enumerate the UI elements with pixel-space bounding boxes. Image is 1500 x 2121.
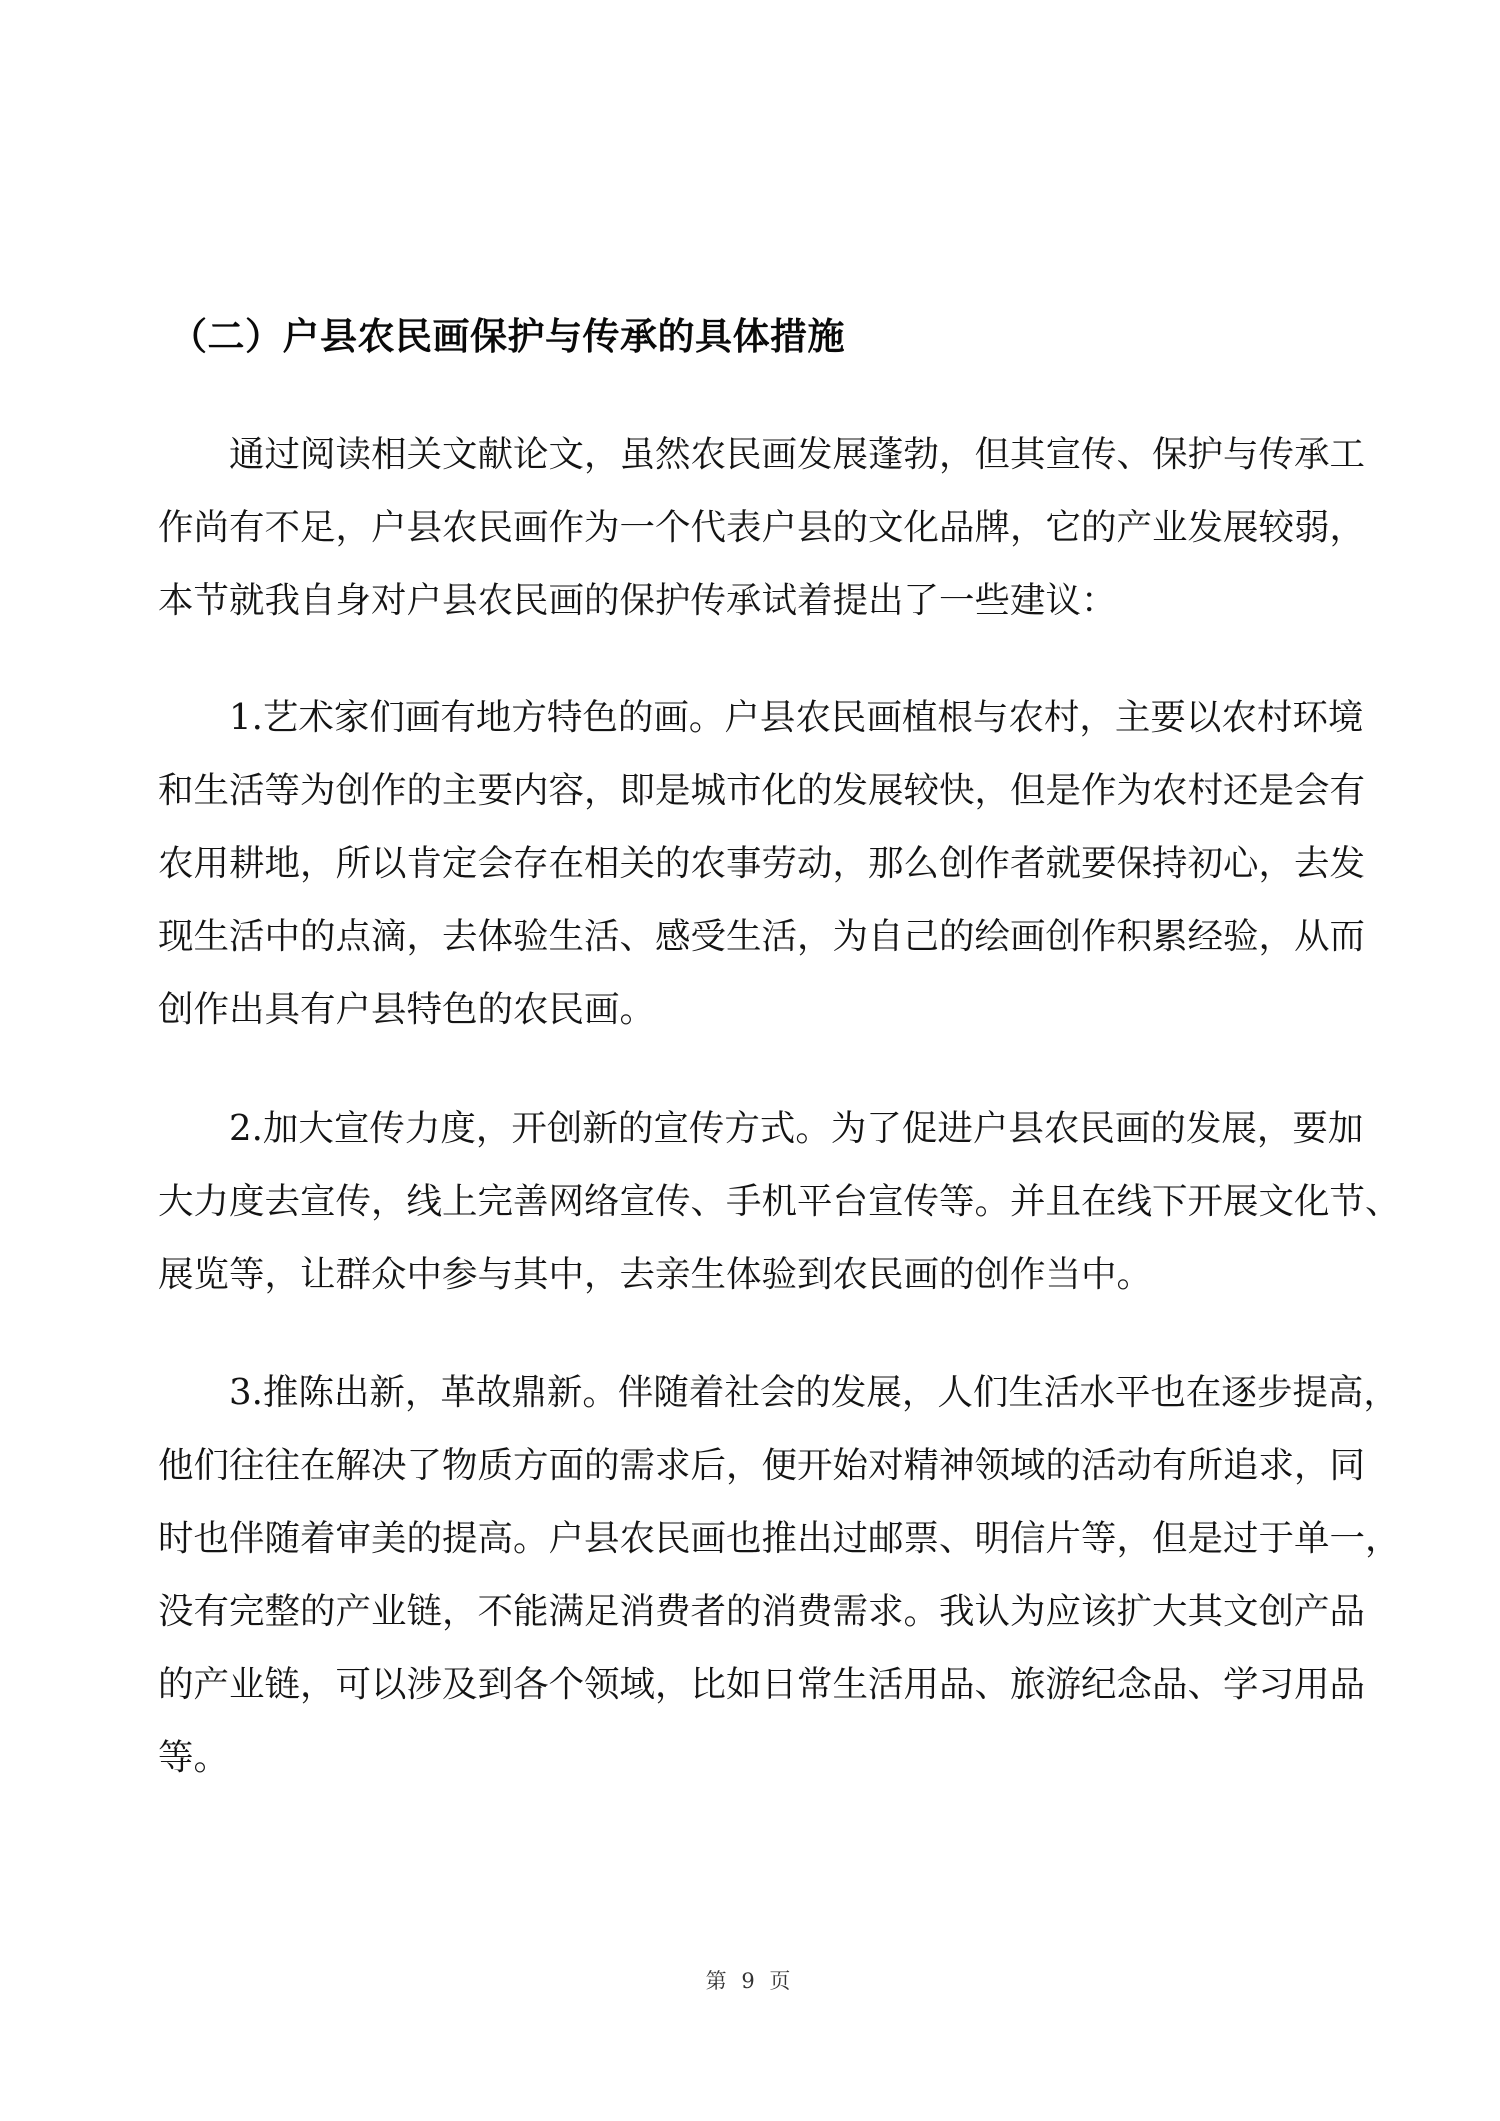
text-line: 3.推陈出新，革故鼎新。伴随着社会的发展，人们生活水平也在逐步提高， [158,1356,1342,1429]
text-line: 作尚有不足，户县农民画作为一个代表户县的文化品牌，它的产业发展较弱， [158,491,1342,564]
text-line: 农用耕地，所以肯定会存在相关的农事劳动，那么创作者就要保持初心，去发 [158,827,1342,900]
text-line: 没有完整的产业链，不能满足消费者的消费需求。我认为应该扩大其文创产品 [158,1575,1342,1648]
paragraph-measure-3: 3.推陈出新，革故鼎新。伴随着社会的发展，人们生活水平也在逐步提高， 他们往往在… [158,1356,1342,1794]
page-number: 第 9 页 [0,1965,1500,1995]
text-line: 创作出具有户县特色的农民画。 [158,973,1342,1046]
text-line: 和生活等为创作的主要内容，即是城市化的发展较快，但是作为农村还是会有 [158,754,1342,827]
text-line: 的产业链，可以涉及到各个领域，比如日常生活用品、旅游纪念品、学习用品 [158,1648,1342,1721]
text-line: 时也伴随着审美的提高。户县农民画也推出过邮票、明信片等，但是过于单一， [158,1502,1342,1575]
paragraph-intro: 通过阅读相关文献论文，虽然农民画发展蓬勃，但其宣传、保护与传承工 作尚有不足，户… [158,418,1342,637]
text-line: 他们往往在解决了物质方面的需求后，便开始对精神领域的活动有所追求，同 [158,1429,1342,1502]
text-line: 现生活中的点滴，去体验生活、感受生活，为自己的绘画创作积累经验，从而 [158,900,1342,973]
paragraph-measure-1: 1.艺术家们画有地方特色的画。户县农民画植根与农村，主要以农村环境 和生活等为创… [158,681,1342,1046]
text-line: 展览等，让群众中参与其中，去亲生体验到农民画的创作当中。 [158,1238,1342,1311]
section-heading: （二）户县农民画保护与传承的具体措施 [170,312,845,362]
text-line: 通过阅读相关文献论文，虽然农民画发展蓬勃，但其宣传、保护与传承工 [158,418,1342,491]
document-page: （二）户县农民画保护与传承的具体措施 通过阅读相关文献论文，虽然农民画发展蓬勃，… [0,0,1500,2121]
text-line: 本节就我自身对户县农民画的保护传承试着提出了一些建议： [158,564,1342,637]
paragraph-measure-2: 2.加大宣传力度，开创新的宣传方式。为了促进户县农民画的发展，要加 大力度去宣传… [158,1092,1342,1311]
text-line: 大力度去宣传，线上完善网络宣传、手机平台宣传等。并且在线下开展文化节、 [158,1165,1342,1238]
text-line: 等。 [158,1721,1342,1794]
text-line: 2.加大宣传力度，开创新的宣传方式。为了促进户县农民画的发展，要加 [158,1092,1342,1165]
text-line: 1.艺术家们画有地方特色的画。户县农民画植根与农村，主要以农村环境 [158,681,1342,754]
